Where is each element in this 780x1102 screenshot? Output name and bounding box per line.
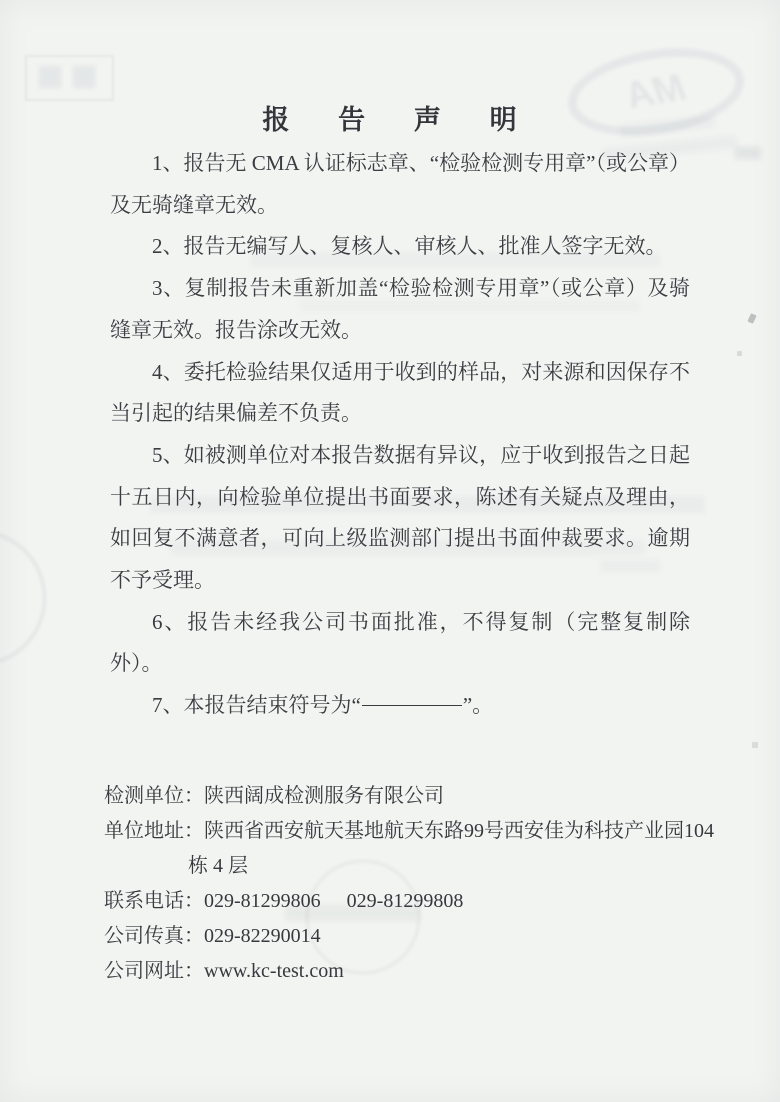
declaration-item-2: 2、报告无编写人、复核人、审核人、批准人签字无效。 (110, 226, 690, 268)
scan-speck (747, 313, 756, 324)
contact-label: 检测单位： (104, 779, 204, 814)
contact-value: 陕西阔成检测服务有限公司 (204, 779, 444, 814)
contact-label: 公司网址： (104, 954, 204, 989)
contact-label: 单位地址： (104, 814, 204, 849)
contact-row-phone: 联系电话：029-81299806029-81299808 (104, 884, 724, 919)
item7-suffix: ”。 (463, 693, 493, 717)
contact-block: 检测单位：陕西阔成检测服务有限公司 单位地址：陕西省西安航天基地航天东路99号西… (104, 779, 724, 989)
declaration-body: 1、报告无 CMA 认证标志章、“检验检测专用章”（或公章）及无骑缝章无效。 2… (110, 143, 690, 727)
declaration-item-7: 7、本报告结束符号为“”。 (110, 685, 690, 727)
contact-row-address: 单位地址：陕西省西安航天基地航天东路99号西安佳为科技产业园104 (104, 814, 724, 849)
contact-value: 陕西省西安航天基地航天东路99号西安佳为科技产业园104 (204, 814, 714, 849)
contact-phone-1: 029-81299806 (204, 884, 321, 919)
contact-fax: 029-82290014 (204, 919, 321, 954)
contact-row-fax: 公司传真：029-82290014 (104, 919, 724, 954)
contact-label: 联系电话： (104, 884, 204, 919)
contact-website: www.kc-test.com (204, 954, 344, 989)
scan-speck (752, 742, 758, 748)
page-title: 报 告 声 明 (110, 98, 690, 137)
declaration-item-3: 3、复制报告未重新加盖“检验检测专用章”（或公章）及骑缝章无效。报告涂改无效。 (110, 268, 690, 351)
declaration-item-6: 6、报告未经我公司书面批准，不得复制（完整复制除外）。 (110, 602, 690, 685)
bleedthrough-smudge (39, 66, 61, 88)
scan-speck (737, 351, 742, 356)
declaration-item-5: 5、如被测单位对本报告数据有异议，应于收到报告之日起十五日内，向检验单位提出书面… (110, 435, 690, 602)
item7-prefix: 7、本报告结束符号为“ (152, 693, 361, 717)
contact-row-website: 公司网址：www.kc-test.com (104, 954, 724, 989)
contact-label: 公司传真： (104, 919, 204, 954)
end-symbol-line (362, 705, 462, 706)
declaration-item-4: 4、委托检验结果仅适用于收到的样品，对来源和因保存不当引起的结果偏差不负责。 (110, 352, 690, 435)
contact-phone-2: 029-81299808 (347, 884, 464, 919)
declaration-item-1: 1、报告无 CMA 认证标志章、“检验检测专用章”（或公章）及无骑缝章无效。 (110, 143, 690, 226)
contact-row-unit: 检测单位：陕西阔成检测服务有限公司 (104, 779, 724, 814)
bleedthrough-text-smudge (735, 147, 761, 159)
left-edge-stamp-bleedthrough (0, 530, 46, 666)
contact-address-line2: 栋 4 层 (188, 849, 724, 884)
bleedthrough-box (25, 55, 114, 101)
bleedthrough-smudge (73, 66, 95, 88)
report-declaration-page: MA 报 告 声 明 1、报告无 CMA 认证标志章、“检验检测专用章”（或公章… (0, 0, 780, 1102)
